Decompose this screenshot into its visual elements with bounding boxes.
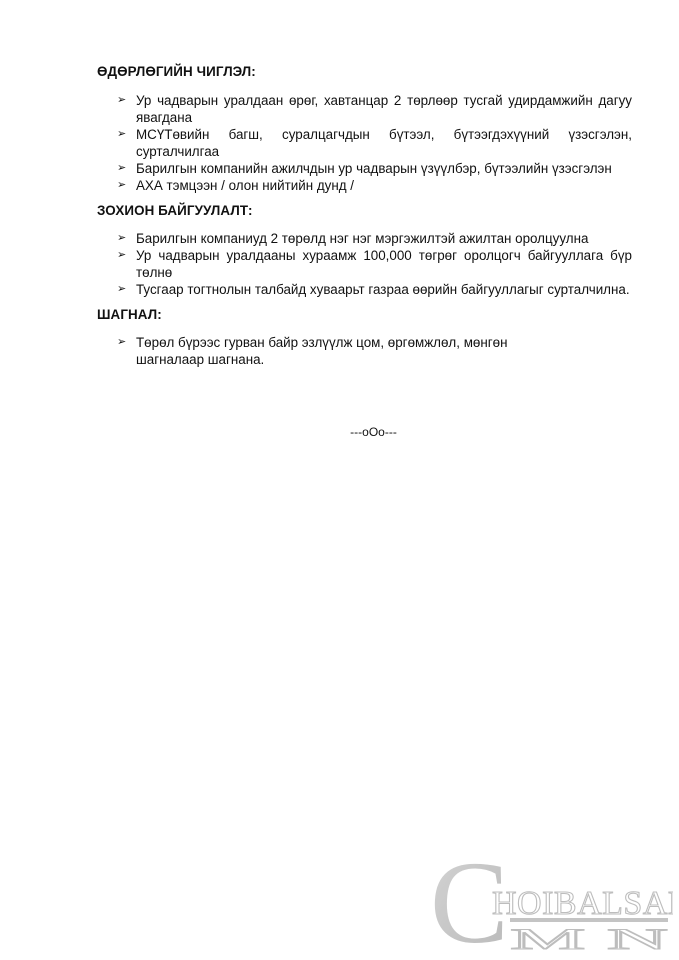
list-item: ➢МСҮТөвийн багш, суралцагчдын бүтээл, бү… <box>97 126 632 160</box>
section-heading: ӨДӨРЛӨГИЙН ЧИГЛЭЛ: <box>97 63 632 80</box>
list-item: ➢Барилгын компаниуд 2 төрөлд нэг нэг мэр… <box>97 230 632 247</box>
section-direction: ӨДӨРЛӨГИЙН ЧИГЛЭЛ: ➢Ур чадварын уралдаан… <box>97 63 632 194</box>
list-item: ➢Ур чадварын уралдаан өрөг, хавтанцар 2 … <box>97 92 632 126</box>
arrowhead-bullet-icon: ➢ <box>117 126 126 143</box>
section-heading: ЗОХИОН БАЙГУУЛАЛТ: <box>97 202 632 219</box>
arrowhead-bullet-icon: ➢ <box>117 92 126 109</box>
watermark-logo: C HOIBALSAN M N <box>428 846 673 952</box>
arrowhead-bullet-icon: ➢ <box>117 160 126 177</box>
svg-text:M N: M N <box>510 923 668 952</box>
arrowhead-bullet-icon: ➢ <box>117 177 126 194</box>
svg-text:HOIBALSAN: HOIBALSAN <box>492 885 673 922</box>
arrowhead-bullet-icon: ➢ <box>117 334 126 351</box>
document-page: ӨДӨРЛӨГИЙН ЧИГЛЭЛ: ➢Ур чадварын уралдаан… <box>0 0 679 960</box>
document-body: ӨДӨРЛӨГИЙН ЧИГЛЭЛ: ➢Ур чадварын уралдаан… <box>97 63 632 376</box>
list-item: ➢Тусгаар тогтнолын талбайд хуваарьт газр… <box>97 281 632 298</box>
bullet-list: ➢Төрөл бүрээс гурван байр эзлүүлж цом, ө… <box>97 334 632 368</box>
list-item: ➢АХА тэмцээн / олон нийтийн дунд / <box>97 177 632 194</box>
arrowhead-bullet-icon: ➢ <box>117 230 126 247</box>
bullet-list: ➢Барилгын компаниуд 2 төрөлд нэг нэг мэр… <box>97 230 632 298</box>
section-awards: ШАГНАЛ: ➢Төрөл бүрээс гурван байр эзлүүл… <box>97 306 632 368</box>
list-item: ➢Барилгын компанийн ажилчдын ур чадварын… <box>97 160 632 177</box>
arrowhead-bullet-icon: ➢ <box>117 281 126 298</box>
bullet-list: ➢Ур чадварын уралдаан өрөг, хавтанцар 2 … <box>97 92 632 194</box>
section-heading: ШАГНАЛ: <box>97 306 632 323</box>
arrowhead-bullet-icon: ➢ <box>117 247 126 264</box>
end-separator: ---oOo--- <box>0 424 679 440</box>
list-item: ➢Төрөл бүрээс гурван байр эзлүүлж цом, ө… <box>97 334 576 368</box>
list-item: ➢Ур чадварын уралдааны хураамж 100,000 т… <box>97 247 632 281</box>
section-organization: ЗОХИОН БАЙГУУЛАЛТ: ➢Барилгын компаниуд 2… <box>97 202 632 298</box>
